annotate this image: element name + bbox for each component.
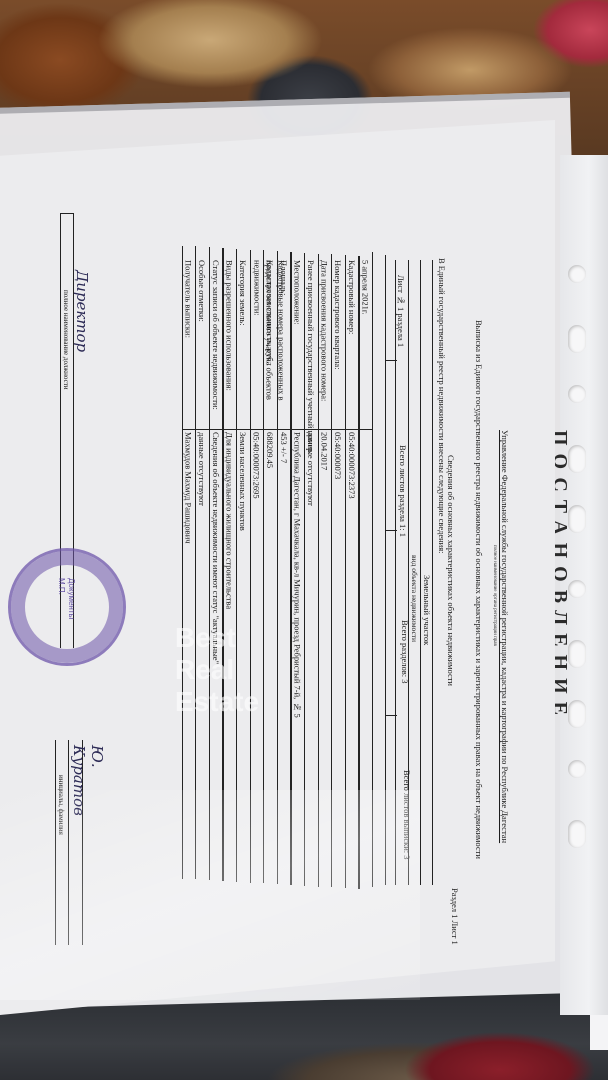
punch-hole (568, 385, 586, 403)
agency-name: Управление Федеральной службы государств… (500, 430, 510, 843)
sheets-total: Всего листов выписки: 3 (402, 770, 412, 860)
field-value: данные отсутствуют (306, 432, 316, 506)
field-label: Ранее присвоенный государственный учетны… (306, 260, 316, 455)
field-value: 688209.45 (265, 432, 275, 468)
field-label: Местоположение: (292, 260, 302, 325)
field-value: Республика Дагестан, г Махачкала, кв-л М… (292, 432, 302, 718)
field-label: Номер кадастрового квартала: (333, 260, 343, 370)
signer-position-caption: полное наименование должности (62, 290, 70, 390)
signer-name-handwritten: Ю. Куратов (70, 745, 106, 816)
sheet-number: Лист № 1 раздела 1 (396, 275, 406, 347)
punch-hole (568, 265, 586, 283)
signer-position-handwritten: Директор (73, 270, 91, 352)
watermark: Best Real Estate (175, 622, 259, 718)
intro-text: В Единый государственный реестр недвижим… (437, 258, 447, 554)
field-value: 05:40:000073 (333, 432, 343, 479)
punch-hole (568, 325, 586, 353)
field-value: Для индивидуального жилищного строительс… (224, 432, 234, 609)
section-mark: Раздел 1 Лист 1 (450, 888, 460, 945)
stamp-text: Документы М.П. (56, 578, 76, 619)
field-label: Дата присвоения кадастрового номера: (320, 260, 330, 401)
field-label: Виды разрешенного использования: (224, 260, 234, 391)
object-type: Земельный участок (422, 575, 432, 645)
punch-hole (568, 820, 586, 848)
field-value: 05:40:000073:2373 (347, 432, 357, 499)
document-subtitle: Сведения об основных характеристиках объ… (446, 455, 456, 686)
punch-hole (568, 760, 586, 778)
document-title: Выписка из Единого государственного реес… (474, 320, 484, 859)
field-value: 453 +/- 7 (279, 432, 289, 463)
field-label: Кадастровые номера расположенных в преде… (252, 260, 288, 430)
field-label: Кадастровый номер: (347, 260, 357, 334)
field-value: Земли населенных пунктов (238, 432, 248, 531)
field-value: данные отсутствуют (197, 432, 207, 506)
field-value: Махмудов Махмуд Рашидович (184, 432, 194, 544)
field-label: Получатель выписки: (184, 260, 194, 338)
agency-caption: полное наименование органа регистрации п… (492, 545, 497, 646)
field-label: Статус записи об объекте недвижимости: (211, 260, 221, 410)
signer-name-caption: инициалы, фамилия (57, 775, 65, 835)
object-type-caption: вид объекта недвижимости (410, 555, 419, 642)
sections-total: Всего разделов: 3 (400, 620, 410, 684)
sheets-in-section: Всего листов раздела 1: 1 (398, 445, 408, 537)
field-label: Категория земель: (238, 260, 248, 326)
field-value: 20.04.2017 (320, 432, 330, 470)
field-label: Особые отметки: (197, 260, 207, 322)
field-value: 05:40:000073:2695 (252, 432, 262, 499)
field-label: 5 апреля 2021г. (360, 260, 370, 315)
